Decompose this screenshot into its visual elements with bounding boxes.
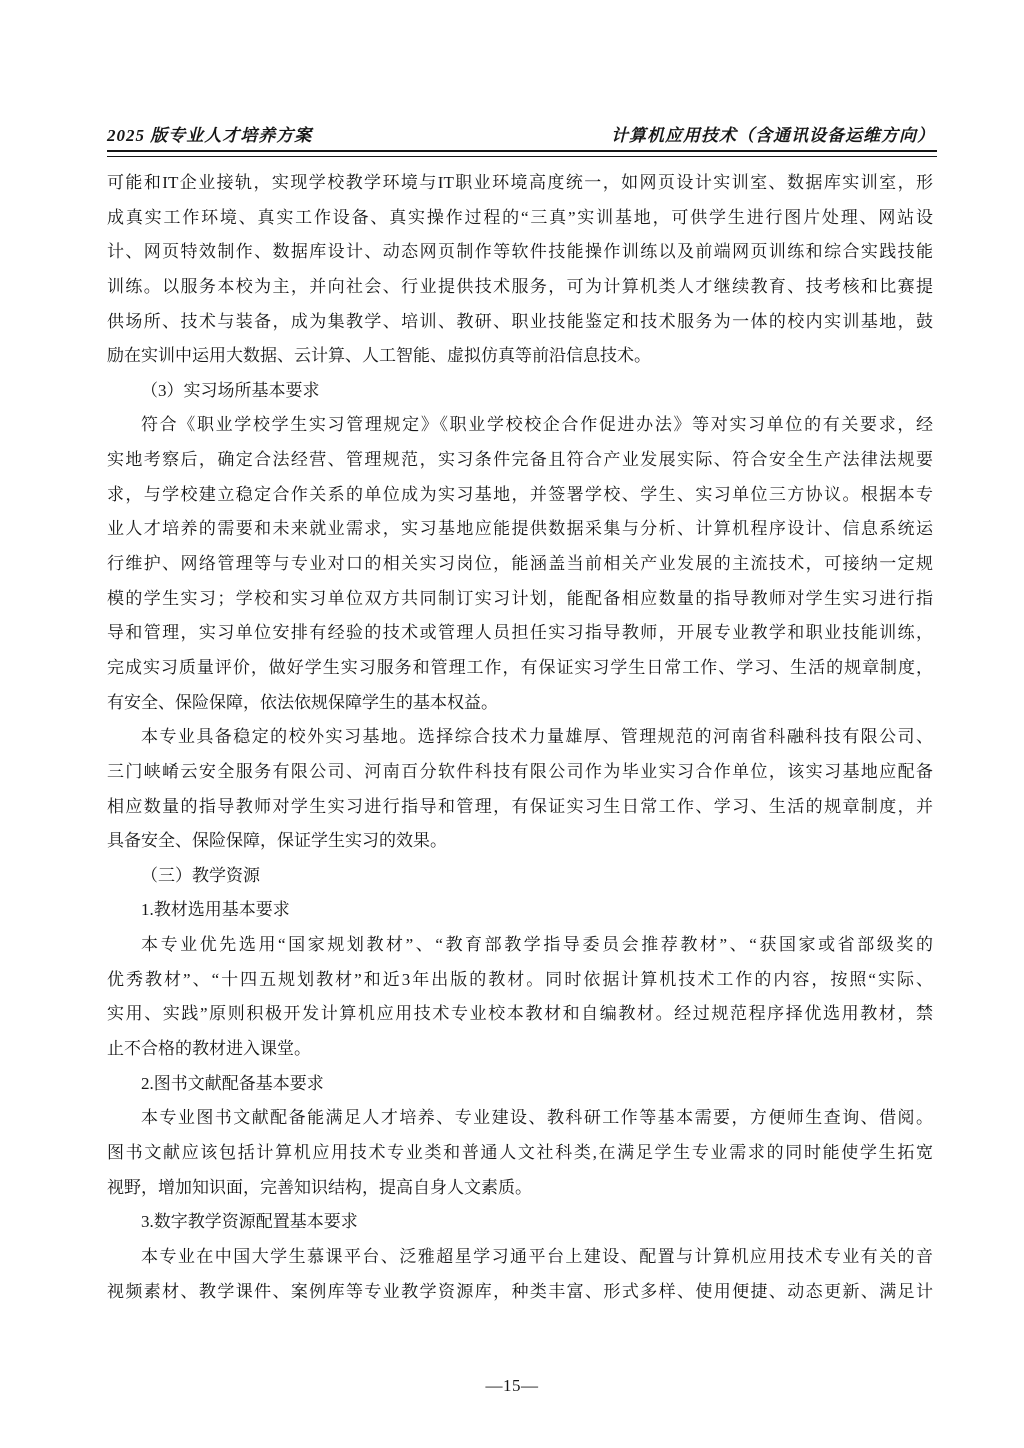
body-line: 有安全、保险保障，依法依规保障学生的基本权益。 <box>107 686 933 721</box>
body-line: 供场所、技术与装备，成为集教学、培训、教研、职业技能鉴定和技术服务为一体的校内实… <box>107 305 933 340</box>
body-line: 符合《职业学校学生实习管理规定》《职业学校校企合作促进办法》等对实习单位的有关要… <box>107 408 933 443</box>
header-left-title: 2025 版专业人才培养方案 <box>107 121 312 146</box>
body-line: 实用、实践”原则积极开发计算机应用技术专业校本教材和自编教材。经过规范程序择优选… <box>107 997 933 1032</box>
header-double-rule <box>107 150 937 157</box>
body-line: 止不合格的教材进入课堂。 <box>107 1032 933 1067</box>
body-line: 完成实习质量评价，做好学生实习服务和管理工作，有保证实习学生日常工作、学习、生活… <box>107 651 933 686</box>
body-line: 训练。以服务本校为主，并向社会、行业提供技术服务，可为计算机类人才继续教育、技考… <box>107 270 933 305</box>
body-line: 模的学生实习；学校和实习单位双方共同制订实习计划，能配备相应数量的指导教师对学生… <box>107 582 933 617</box>
body-line: （3）实习场所基本要求 <box>107 374 933 409</box>
body-line: 行维护、网络管理等与专业对口的相关实习岗位，能涵盖当前相关产业发展的主流技术，可… <box>107 547 933 582</box>
body-line: 导和管理，实习单位安排有经验的技术或管理人员担任实习指导教师，开展专业教学和职业… <box>107 616 933 651</box>
header-right-title: 计算机应用技术（含通讯设备运维方向） <box>611 121 935 146</box>
body-line: 励在实训中运用大数据、云计算、人工智能、虚拟仿真等前沿信息技术。 <box>107 339 933 374</box>
page-footer: —15— <box>0 1376 1024 1396</box>
body-line: 视野，增加知识面，完善知识结构，提高自身人文素质。 <box>107 1171 933 1206</box>
body-line: 计、网页特效制作、数据库设计、动态网页制作等软件技能操作训练以及前端网页训练和综… <box>107 235 933 270</box>
body-line: 具备安全、保险保障，保证学生实习的效果。 <box>107 824 933 859</box>
body-line: 可能和IT企业接轨，实现学校教学环境与IT职业环境高度统一，如网页设计实训室、数… <box>107 166 933 201</box>
body-line: （三）教学资源 <box>107 859 933 894</box>
document-page: 2025 版专业人才培养方案 计算机应用技术（含通讯设备运维方向） 可能和IT企… <box>0 0 1024 1448</box>
body-line: 1.教材选用基本要求 <box>107 893 933 928</box>
body-line: 优秀教材”、“十四五规划教材”和近3年出版的教材。同时依据计算机技术工作的内容，… <box>107 963 933 998</box>
body-line: 成真实工作环境、真实工作设备、真实操作过程的“三真”实训基地，可供学生进行图片处… <box>107 201 933 236</box>
body-line: 2.图书文献配备基本要求 <box>107 1067 933 1102</box>
body-line: 求，与学校建立稳定合作关系的单位成为实习基地，并签署学校、学生、实习单位三方协议… <box>107 478 933 513</box>
body-line: 3.数字教学资源配置基本要求 <box>107 1205 933 1240</box>
body-line: 本专业具备稳定的校外实习基地。选择综合技术力量雄厚、管理规范的河南省科融科技有限… <box>107 720 933 755</box>
body-line: 实地考察后，确定合法经营、管理规范，实习条件完备且符合产业发展实际、符合安全生产… <box>107 443 933 478</box>
page-number: —15— <box>486 1376 539 1395</box>
body-line: 本专业在中国大学生慕课平台、泛雅超星学习通平台上建设、配置与计算机应用技术专业有… <box>107 1240 933 1275</box>
body-line: 三门峡崤云安全服务有限公司、河南百分软件科技有限公司作为毕业实习合作单位，该实习… <box>107 755 933 790</box>
body-line: 相应数量的指导教师对学生实习进行指导和管理，有保证实习生日常工作、学习、生活的规… <box>107 790 933 825</box>
body-line: 本专业图书文献配备能满足人才培养、专业建设、教科研工作等基本需要，方便师生查询、… <box>107 1101 933 1136</box>
body-line: 视频素材、教学课件、案例库等专业教学资源库，种类丰富、形式多样、使用便捷、动态更… <box>107 1275 933 1310</box>
body-line: 本专业优先选用“国家规划教材”、“教育部教学指导委员会推荐教材”、“获国家或省部… <box>107 928 933 963</box>
body-line: 图书文献应该包括计算机应用技术专业类和普通人文社科类,在满足学生专业需求的同时能… <box>107 1136 933 1171</box>
document-body: 可能和IT企业接轨，实现学校教学环境与IT职业环境高度统一，如网页设计实训室、数… <box>107 166 933 1309</box>
page-header: 2025 版专业人才培养方案 计算机应用技术（含通讯设备运维方向） <box>107 121 935 146</box>
body-line: 业人才培养的需要和未来就业需求，实习基地应能提供数据采集与分析、计算机程序设计、… <box>107 512 933 547</box>
